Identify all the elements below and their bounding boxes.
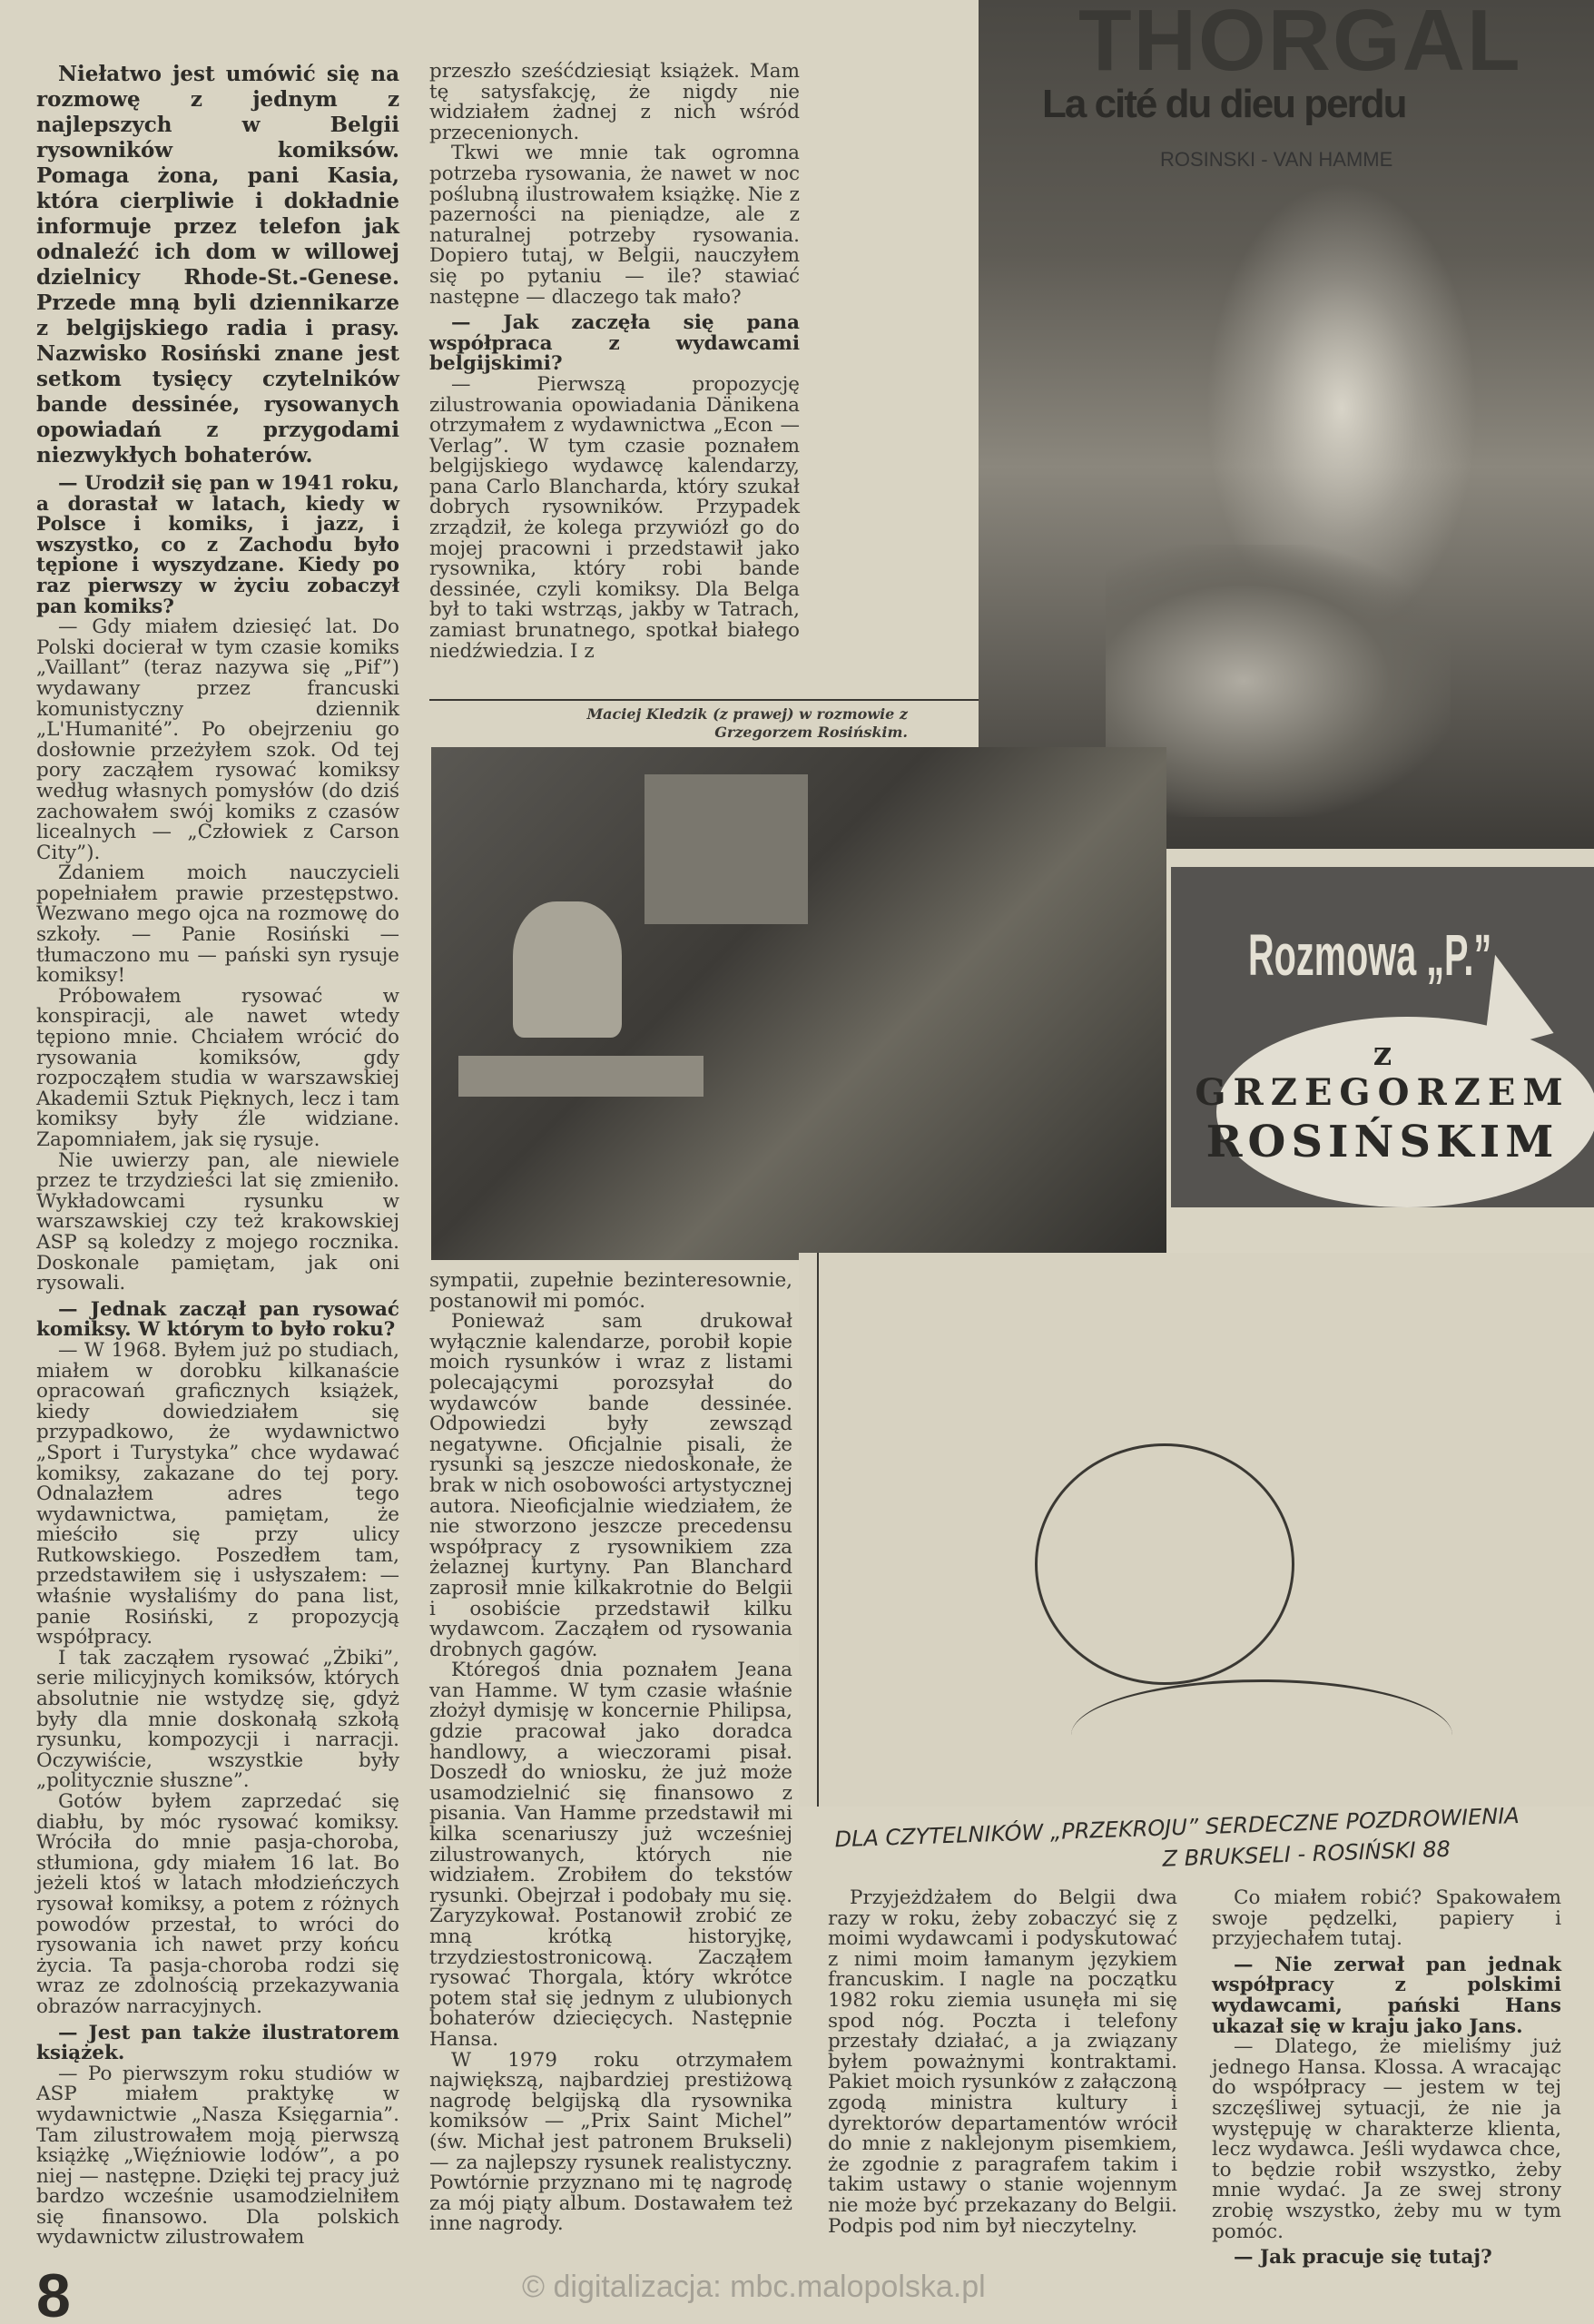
interview-answer: Ponieważ sam drukował wyłącznie kalendar…: [429, 1312, 792, 1660]
comic-sketch-illustration: [799, 1253, 1594, 1807]
handwritten-dedication: DLA CZYTELNIKÓW „PRZEKROJU” SERDECZNE PO…: [834, 1798, 1580, 1886]
interview-answer: I tak zacząłem rysować „Żbiki”, serie mi…: [36, 1649, 399, 1792]
page-number: 8: [36, 2260, 71, 2324]
interview-answer: — W 1968. Byłem już po studiach, miałem …: [36, 1341, 399, 1649]
interview-answer: Nie uwierzy pan, ale niewiele przez te t…: [36, 1151, 399, 1295]
sketch-bracket: [799, 1253, 819, 1807]
banner-name-last: ROSIŃSKIM: [1171, 1117, 1594, 1167]
photo-caption: Maciej Kledzik (z prawej) w rozmowie z G…: [545, 705, 908, 742]
interview-answer: Zdaniem moich nauczycieli popełniałem pr…: [36, 863, 399, 987]
article-column-5: Co miałem robić? Spakowałem swoje pędzel…: [1212, 1888, 1561, 2269]
interview-answer: Przyjeżdżałem do Belgii dwa razy w roku,…: [828, 1888, 1177, 2237]
interview-photo: [431, 747, 1166, 1260]
article-column-2: przeszło sześćdziesiąt książek. Mam tę s…: [429, 62, 800, 662]
interview-answer: Co miałem robić? Spakowałem swoje pędzel…: [1212, 1888, 1561, 1950]
banner-z: z: [1171, 1035, 1594, 1073]
interview-answer: — Po pierwszym roku studiów w ASP miałem…: [36, 2064, 399, 2249]
cover-subtitle: La cité du dieu perdu: [1042, 82, 1406, 127]
article-lead: Niełatwo jest umówić się na rozmowę z je…: [36, 62, 399, 468]
thorgal-cover-image: THORGAL La cité du dieu perdu ROSINSKI -…: [979, 0, 1594, 849]
interview-answer: Tkwi we mnie tak ogromna potrzeba rysowa…: [429, 143, 800, 308]
photo-person: [513, 901, 622, 1038]
banner-name-first: GRZEGORZEM: [1171, 1071, 1594, 1114]
interview-answer: przeszło sześćdziesiąt książek. Mam tę s…: [429, 62, 800, 143]
photo-table: [458, 1056, 704, 1097]
article-column-4: Przyjeżdżałem do Belgii dwa razy w roku,…: [828, 1888, 1177, 2237]
interview-answer: — Pierwszą propozycję zilustrowania opow…: [429, 375, 800, 662]
article-column-1: Niełatwo jest umówić się na rozmowę z je…: [36, 62, 399, 2249]
interview-answer: Próbowałem rysować w konspiracji, ale na…: [36, 987, 399, 1151]
sketch-heads: [1035, 1443, 1294, 1685]
sketch-leaves: [1071, 1679, 1452, 1791]
interview-answer: — Dlatego, że mieliśmy już jednego Hansa…: [1212, 2037, 1561, 2242]
interview-answer: W 1979 roku otrzymałem największą, najba…: [429, 2051, 792, 2235]
interview-question: — Jest pan także ilustratorem książek.: [36, 2024, 399, 2064]
cover-title: THORGAL: [1078, 0, 1522, 91]
interview-answer: Któregoś dnia poznałem Jeana van Hamme. …: [429, 1660, 792, 2050]
interview-answer: sympatii, zupełnie bezinteresownie, post…: [429, 1271, 792, 1312]
article-column-3: sympatii, zupełnie bezinteresownie, post…: [429, 1271, 792, 2235]
interview-answer: — Gdy miałem dziesięć lat. Do Polski doc…: [36, 617, 399, 863]
cover-authors: ROSINSKI - VAN HAMME: [1160, 148, 1392, 172]
interview-question: — Nie zerwał pan jednak współpracy z pol…: [1212, 1955, 1561, 2037]
banner-heading: Rozmowa „P.”: [1248, 921, 1491, 989]
interview-banner: Rozmowa „P.” z GRZEGORZEM ROSIŃSKIM: [1171, 867, 1594, 1207]
interview-question: — Urodził się pan w 1941 roku, a dorasta…: [36, 474, 399, 617]
interview-question: — Jak pracuje się tutaj?: [1212, 2248, 1561, 2269]
interview-question: — Jak zaczęła się pana współpraca z wyda…: [429, 313, 800, 375]
interview-answer: Gotów byłem zaprzedać się diabłu, by móc…: [36, 1792, 399, 2018]
photo-window: [644, 774, 808, 924]
interview-question: — Jednak zaczął pan rysować komiksy. W k…: [36, 1300, 399, 1341]
digitization-watermark: © digitalizacja: mbc.malopolska.pl: [522, 2270, 986, 2305]
